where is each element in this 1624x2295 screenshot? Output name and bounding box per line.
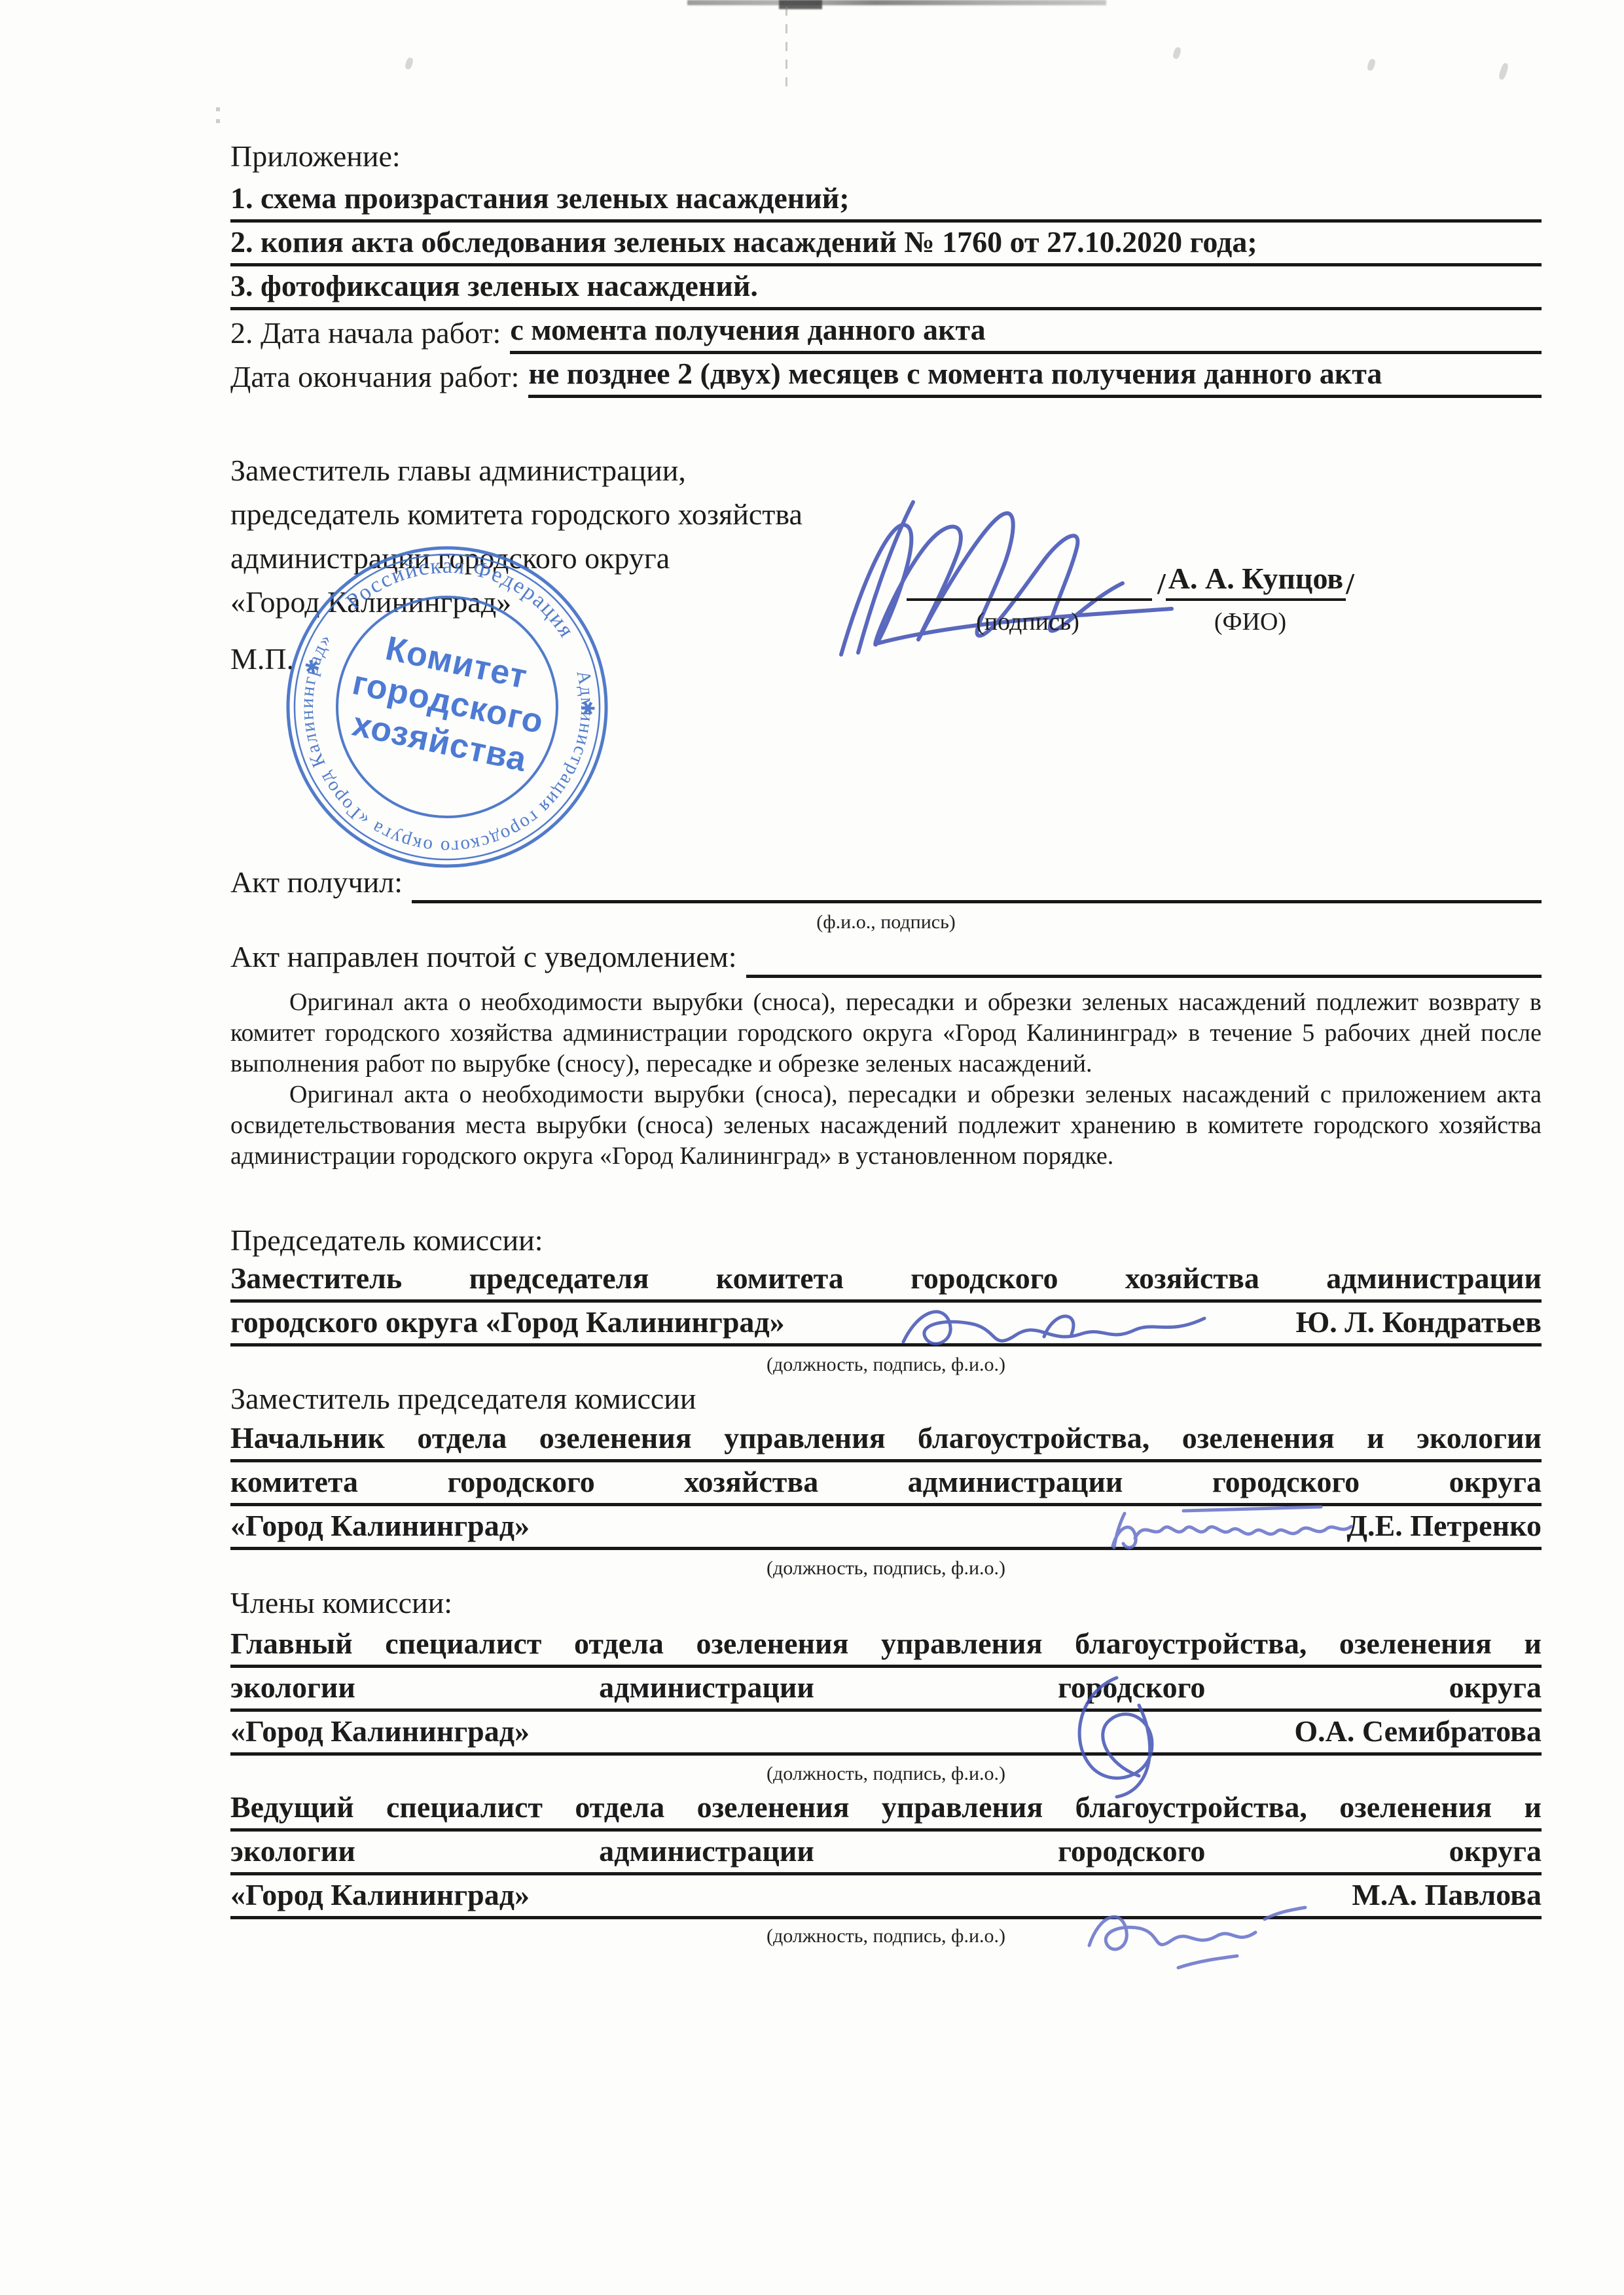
- chair-name: Ю. Л. Кондратьев: [1296, 1305, 1542, 1339]
- deputy-position-line-1: Начальник отдела озеленения управления б…: [230, 1422, 1542, 1462]
- signatory-name: А. А. Купцов: [1166, 561, 1346, 601]
- signatory-title-line-1: Заместитель главы администрации,: [230, 453, 686, 488]
- work-start-date-row: 2. Дата начала работ: с момента получени…: [230, 314, 1542, 354]
- member2-position-line-3-text: «Город Калининград»: [230, 1877, 530, 1912]
- act-mailed-row: Акт направлен почтой с уведомлением:: [230, 940, 1542, 978]
- signature-caption: (подпись): [916, 607, 1139, 636]
- act-received-label: Акт получил:: [230, 865, 403, 899]
- work-end-date-label: Дата окончания работ:: [230, 359, 519, 394]
- chair-position-line-2-text: городского округа «Город Калининград»: [230, 1305, 785, 1339]
- member2-name: М.А. Павлова: [1352, 1877, 1542, 1912]
- member1-position-line-1-text: Главный специалист отдела озеленения упр…: [230, 1626, 1542, 1661]
- appendix-heading: Приложение:: [230, 139, 401, 173]
- member1-position-line-3-text: «Город Калининград»: [230, 1714, 530, 1748]
- act-mailed-blank-line: [746, 941, 1542, 978]
- member1-position-line-3: «Город Калининград» О.А. Семибратова: [230, 1715, 1542, 1756]
- signature-line: [907, 562, 1152, 601]
- deputy-position-line-2-text: комитета городского хозяйства администра…: [230, 1464, 1542, 1499]
- scan-artifact-speck: [1366, 58, 1376, 71]
- chair-position-line-1: Заместитель председателя комитета городс…: [230, 1262, 1542, 1303]
- deputy-name: Д.Е. Петренко: [1346, 1508, 1542, 1543]
- appendix-item-2-text: 2. копия акта обследования зеленых насаж…: [230, 225, 1257, 259]
- deputy-caption: (должность, подпись, ф.и.о.): [230, 1557, 1542, 1580]
- appendix-item-3-text: 3. фотофиксация зеленых насаждений.: [230, 268, 758, 303]
- fine-print: Оригинал акта о необходимости вырубки (с…: [230, 987, 1542, 1172]
- fio-caption: (ФИО): [1152, 607, 1348, 636]
- chair-position-line-2: городского округа «Город Калининград» Ю.…: [230, 1306, 1542, 1346]
- act-received-blank-line: [412, 866, 1542, 903]
- round-stamp: Российская Федерация Администрация город…: [283, 543, 611, 871]
- scan-artifact-speck: [404, 57, 414, 70]
- act-mailed-label: Акт направлен почтой с уведомлением:: [230, 939, 737, 974]
- deputy-position-line-3-text: «Город Калининград»: [230, 1508, 530, 1543]
- appendix-item-3: 3. фотофиксация зеленых насаждений.: [230, 270, 1542, 310]
- chair-position-line-1-text: Заместитель председателя комитета городс…: [230, 1261, 1542, 1295]
- work-end-date-row: Дата окончания работ: не позднее 2 (двух…: [230, 357, 1542, 398]
- scan-artifact-speck: [1498, 62, 1509, 81]
- deputy-position-line-1-text: Начальник отдела озеленения управления б…: [230, 1420, 1542, 1455]
- scan-artifact-speck: [1172, 46, 1182, 60]
- work-start-date-label: 2. Дата начала работ:: [230, 316, 501, 350]
- member2-position-line-1-text: Ведущий специалист отдела озеленения упр…: [230, 1790, 1542, 1824]
- work-end-date-value: не позднее 2 (двух) месяцев с момента по…: [528, 356, 1542, 398]
- appendix-item-1: 1. схема произрастания зеленых насаждени…: [230, 182, 1542, 223]
- signatory-title-line-2: председатель комитета городского хозяйст…: [230, 497, 803, 532]
- members-heading: Члены комиссии:: [230, 1585, 452, 1620]
- scan-artifact-dots: [216, 107, 220, 124]
- fine-print-paragraph-1: Оригинал акта о необходимости вырубки (с…: [230, 987, 1542, 1079]
- member1-caption: (должность, подпись, ф.и.о.): [230, 1763, 1542, 1785]
- member2-position-line-3: «Город Калининград» М.А. Павлова: [230, 1879, 1542, 1919]
- chair-caption: (должность, подпись, ф.и.о.): [230, 1354, 1542, 1376]
- slash-right: /: [1346, 566, 1354, 601]
- slash-left: /: [1157, 566, 1166, 601]
- member1-position-line-2: экологии администрации городского округа: [230, 1671, 1542, 1712]
- commission-chair-heading: Председатель комиссии:: [230, 1223, 543, 1257]
- signatory-name-row: /А. А. Купцов/: [1157, 562, 1354, 601]
- member1-position-line-2-text: экологии администрации городского округа: [230, 1670, 1542, 1705]
- scanned-document-page: Приложение: 1. схема произрастания зелен…: [0, 0, 1624, 2295]
- appendix-item-1-text: 1. схема произрастания зеленых насаждени…: [230, 181, 850, 215]
- member2-position-line-1: Ведущий специалист отдела озеленения упр…: [230, 1791, 1542, 1832]
- member2-caption: (должность, подпись, ф.и.о.): [230, 1925, 1542, 1947]
- deputy-chair-heading: Заместитель председателя комиссии: [230, 1381, 696, 1416]
- scan-artifact-top-band: [687, 0, 1106, 5]
- member2-position-line-2: экологии администрации городского округа: [230, 1835, 1542, 1875]
- member1-name: О.А. Семибратова: [1294, 1714, 1542, 1748]
- member1-position-line-1: Главный специалист отдела озеленения упр…: [230, 1627, 1542, 1668]
- appendix-item-2: 2. копия акта обследования зеленых насаж…: [230, 226, 1542, 266]
- deputy-position-line-3: «Город Калининград» Д.Е. Петренко: [230, 1509, 1542, 1550]
- work-start-date-value: с момента получения данного акта: [510, 312, 1542, 354]
- act-received-row: Акт получил:: [230, 865, 1542, 903]
- stamp-ring-text-top: Российская Федерация: [339, 543, 587, 645]
- act-received-caption: (ф.и.о., подпись): [230, 911, 1542, 933]
- scan-artifact-vertical-dash: [785, 7, 787, 88]
- deputy-position-line-2: комитета городского хозяйства администра…: [230, 1466, 1542, 1506]
- stamp-star-right: ✱: [575, 698, 600, 720]
- fine-print-paragraph-2: Оригинал акта о необходимости вырубки (с…: [230, 1079, 1542, 1172]
- scan-artifact-top-blob: [779, 0, 822, 9]
- member2-position-line-2-text: экологии администрации городского округа: [230, 1834, 1542, 1868]
